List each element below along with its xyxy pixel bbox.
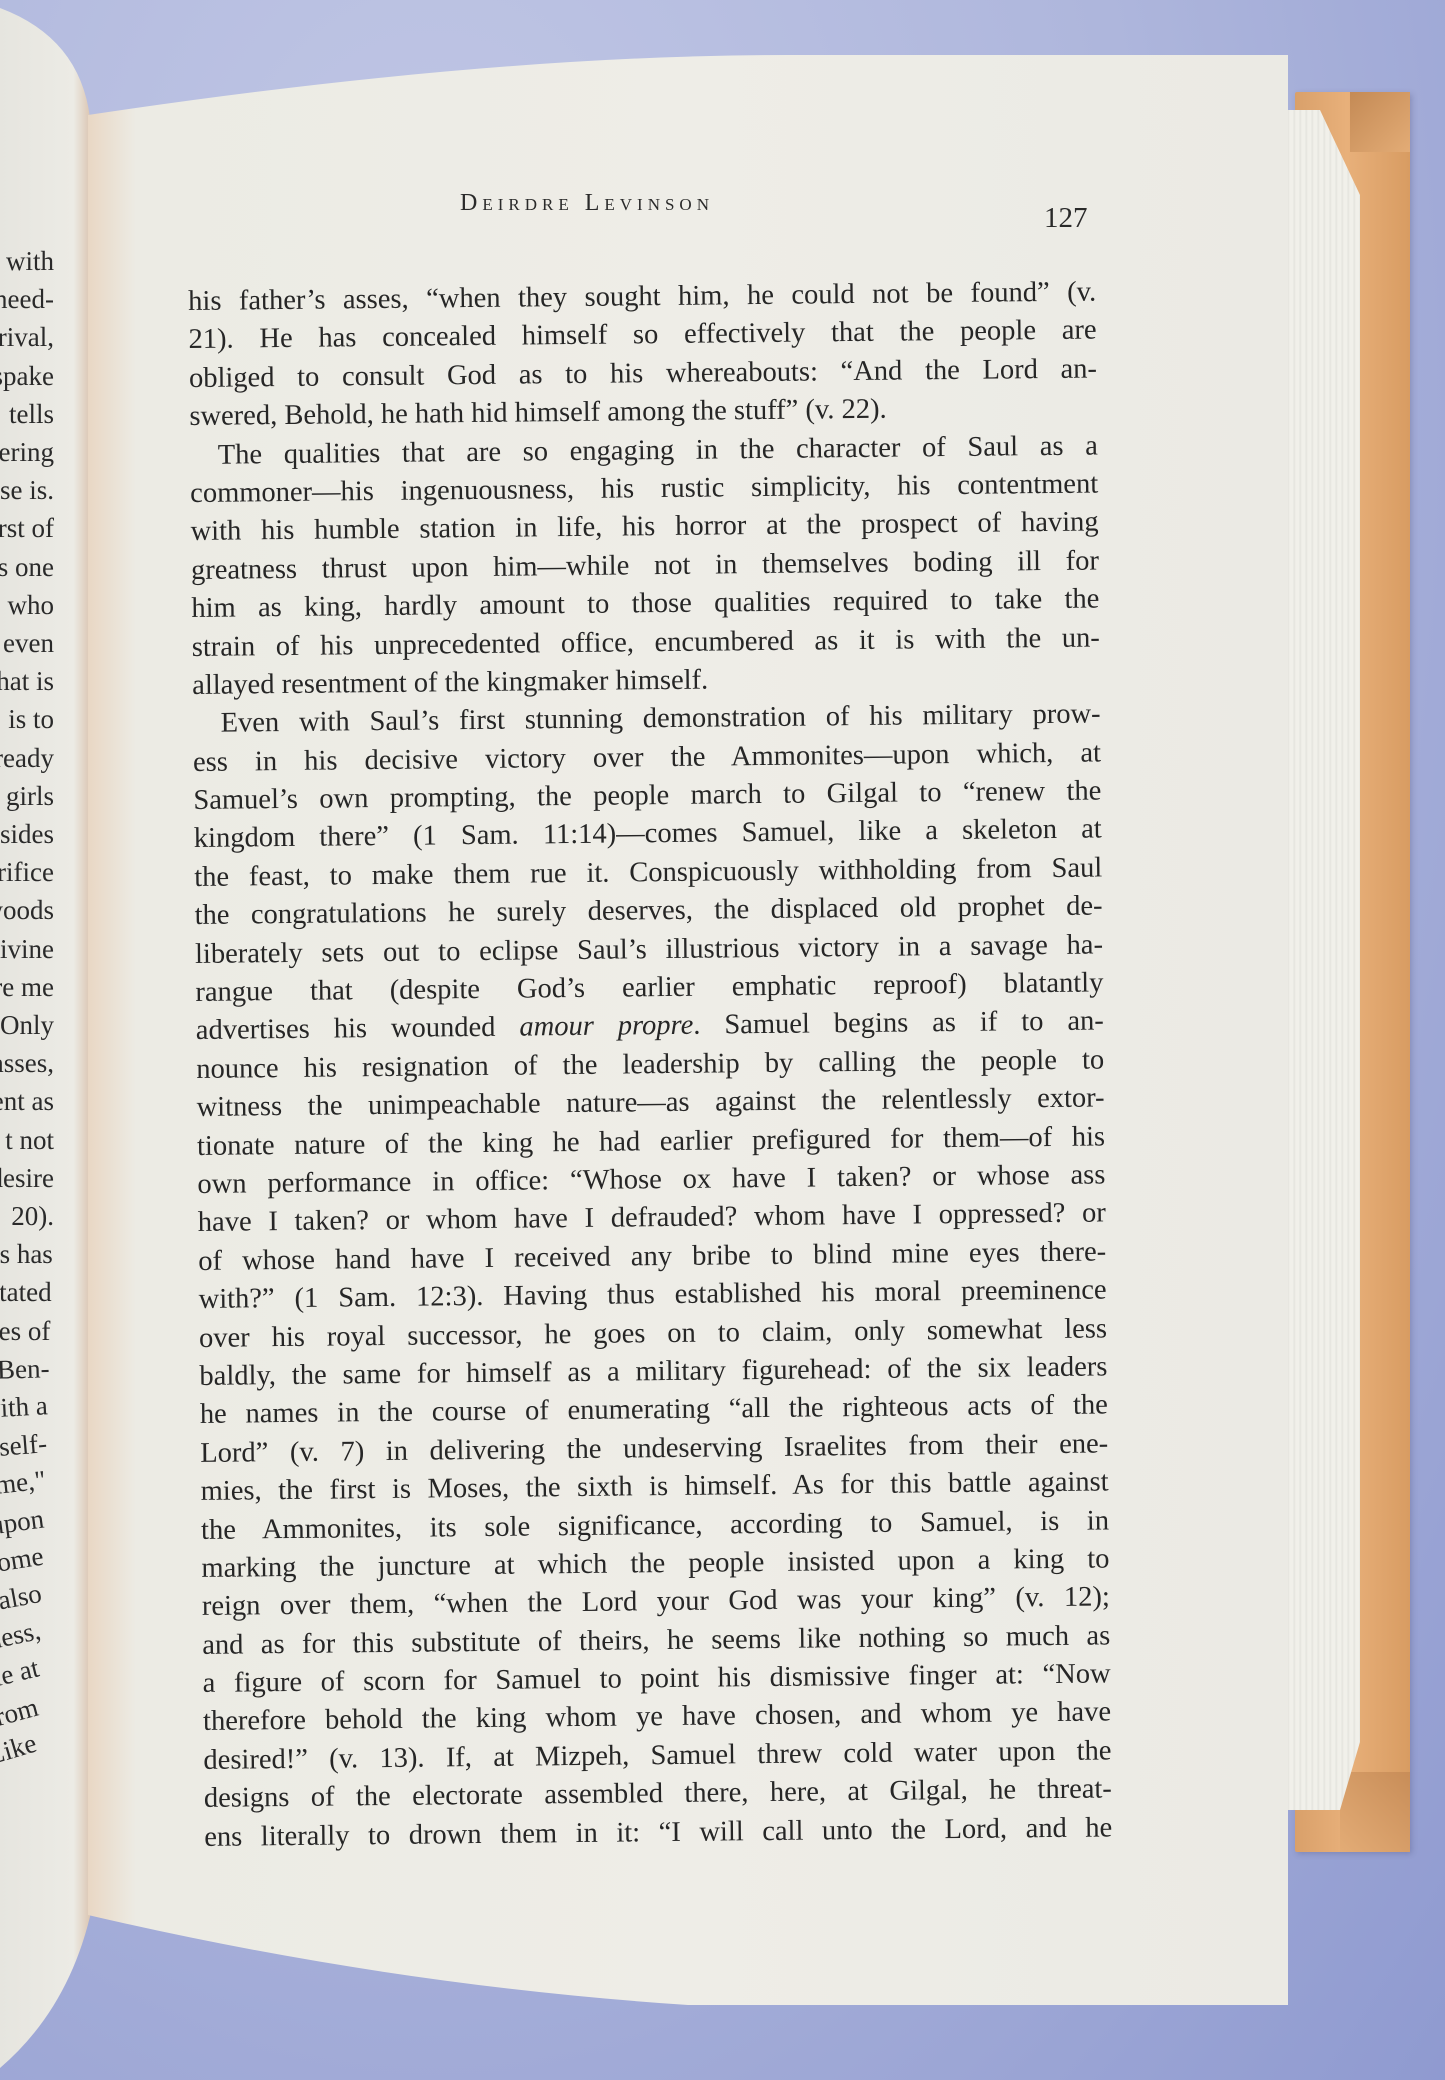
left-page-line-fragment: time," — [0, 1467, 47, 1501]
left-page-line-fragment: desire — [0, 1165, 54, 1192]
left-page-line-fragment: spake — [0, 363, 54, 390]
left-page-line-fragment: with a — [0, 1392, 49, 1422]
cover-corner-fold-top — [1350, 92, 1410, 152]
left-page-line-fragment: bes of — [0, 1318, 50, 1345]
left-page-line-fragment: ple at — [0, 1655, 42, 1695]
left-page: withneed-rival,spaketellseringse is.rst … — [0, 8, 92, 2068]
left-page-line-fragment: ering — [0, 439, 54, 466]
page-number: 127 — [1044, 202, 1088, 235]
left-page-line-fragment: s one — [0, 554, 54, 581]
left-page-line-fragment: who — [8, 592, 55, 619]
left-page-line-fragment: self- — [0, 1430, 48, 1461]
left-page-line-fragment: t not — [5, 1127, 54, 1154]
left-page-line-fragment: come — [0, 1542, 45, 1578]
left-page-line-fragment: itated — [0, 1279, 52, 1306]
left-page-line-fragment: woods — [0, 897, 54, 924]
left-page-line-fragment: asses, — [0, 1050, 54, 1077]
left-page-line-fragment: . Like — [0, 1729, 40, 1773]
left-page-line-fragment: need- — [0, 286, 54, 313]
left-page-line-fragment: tells — [9, 401, 54, 428]
left-page-line-fragment: from — [0, 1693, 41, 1733]
left-page-line-fragment: Only — [0, 1012, 54, 1039]
left-page-line-fragment: with — [6, 248, 54, 275]
left-page-line-fragment: re me — [0, 974, 54, 1001]
left-page-line-fragment: is to — [8, 706, 54, 733]
left-page-line-fragment: Ben- — [0, 1355, 50, 1383]
left-page-line-fragment: rst of — [0, 515, 54, 542]
left-page-line-fragment: 20). — [11, 1203, 54, 1230]
left-page-line-fragment: esides — [0, 821, 54, 848]
running-head: Deirdre Levinson — [460, 190, 714, 217]
left-page-line-fragment: ready — [0, 745, 54, 772]
left-page-line-fragment: girls — [6, 783, 54, 810]
left-page-line-fragment: rival, — [0, 324, 54, 351]
left-page-line-fragment: ent as — [0, 1088, 54, 1115]
left-page-line-fragment: hat is — [0, 668, 54, 695]
italic-phrase: amour propre — [519, 1010, 693, 1043]
left-page-line-fragment: livine — [0, 936, 54, 963]
left-page-line-fragment: s has — [0, 1241, 53, 1268]
left-page-line-fragment: iness, — [0, 1617, 43, 1656]
left-page-line-fragment: rifice — [0, 859, 54, 886]
body-text: his father’s asses, “when they sought hi… — [188, 273, 1112, 1856]
left-page-line-fragment: upon — [0, 1505, 46, 1539]
left-page-line-fragment: se is. — [0, 477, 54, 504]
left-page-line-fragment: l also — [0, 1580, 44, 1617]
cover-corner-fold-bottom — [1340, 1772, 1410, 1852]
left-page-line-fragment: even — [3, 630, 54, 657]
